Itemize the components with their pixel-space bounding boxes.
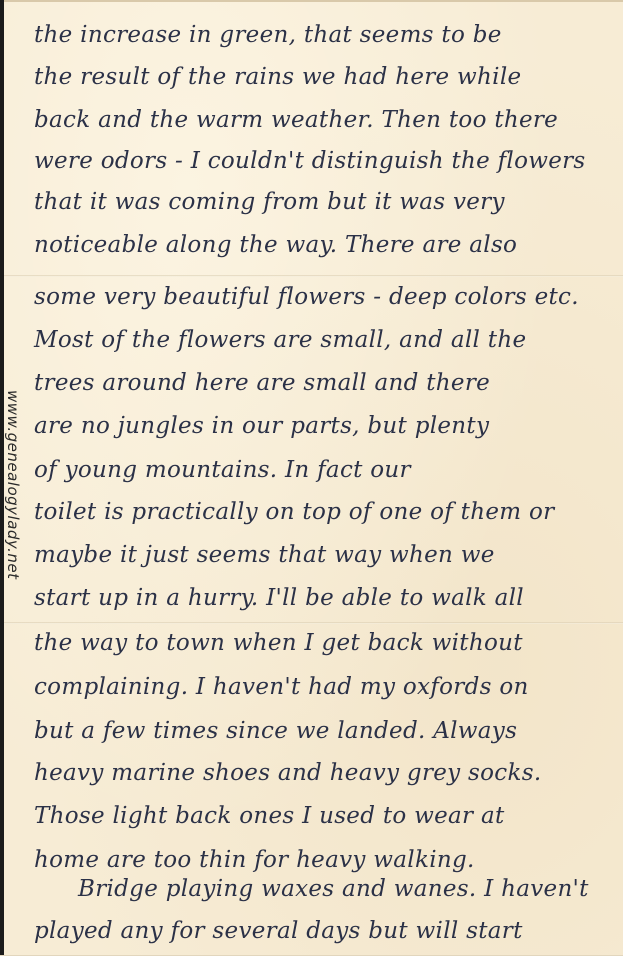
letter-line: the way to town when I get back without [34, 630, 523, 656]
letter-line: Those light back ones I used to wear at [34, 803, 505, 829]
letter-line: but a few times since we landed. Always [34, 718, 517, 744]
letter-line: complaining. I haven't had my oxfords on [34, 674, 529, 700]
letter-line: played any for several days but will sta… [34, 918, 523, 944]
letter-line: were odors - I couldn't distinguish the … [34, 148, 586, 174]
handwritten-letter-body: the increase in green, that seems to bet… [0, 0, 623, 955]
letter-line: maybe it just seems that way when we [34, 542, 495, 568]
letter-line: trees around here are small and there [34, 370, 490, 396]
letter-line: the result of the rains we had here whil… [34, 64, 521, 90]
letter-line: noticeable along the way. There are also [34, 232, 517, 258]
letter-line: heavy marine shoes and heavy grey socks. [34, 760, 541, 786]
letter-line: some very beautiful flowers - deep color… [34, 284, 579, 310]
letter-line: home are too thin for heavy walking. [34, 847, 475, 873]
letter-line: the increase in green, that seems to be [34, 22, 502, 48]
scan-bottom-edge [0, 955, 623, 959]
letter-line: of young mountains. In fact our [34, 457, 411, 483]
letter-line: toilet is practically on top of one of t… [34, 499, 554, 525]
letter-line: are no jungles in our parts, but plenty [34, 413, 489, 439]
letter-line: back and the warm weather. Then too ther… [34, 107, 558, 133]
letter-line: start up in a hurry. I'll be able to wal… [34, 585, 524, 611]
letter-line: Most of the flowers are small, and all t… [34, 327, 526, 353]
letter-line: Bridge playing waxes and wanes. I haven'… [78, 876, 589, 902]
letter-line: that it was coming from but it was very [34, 189, 505, 215]
